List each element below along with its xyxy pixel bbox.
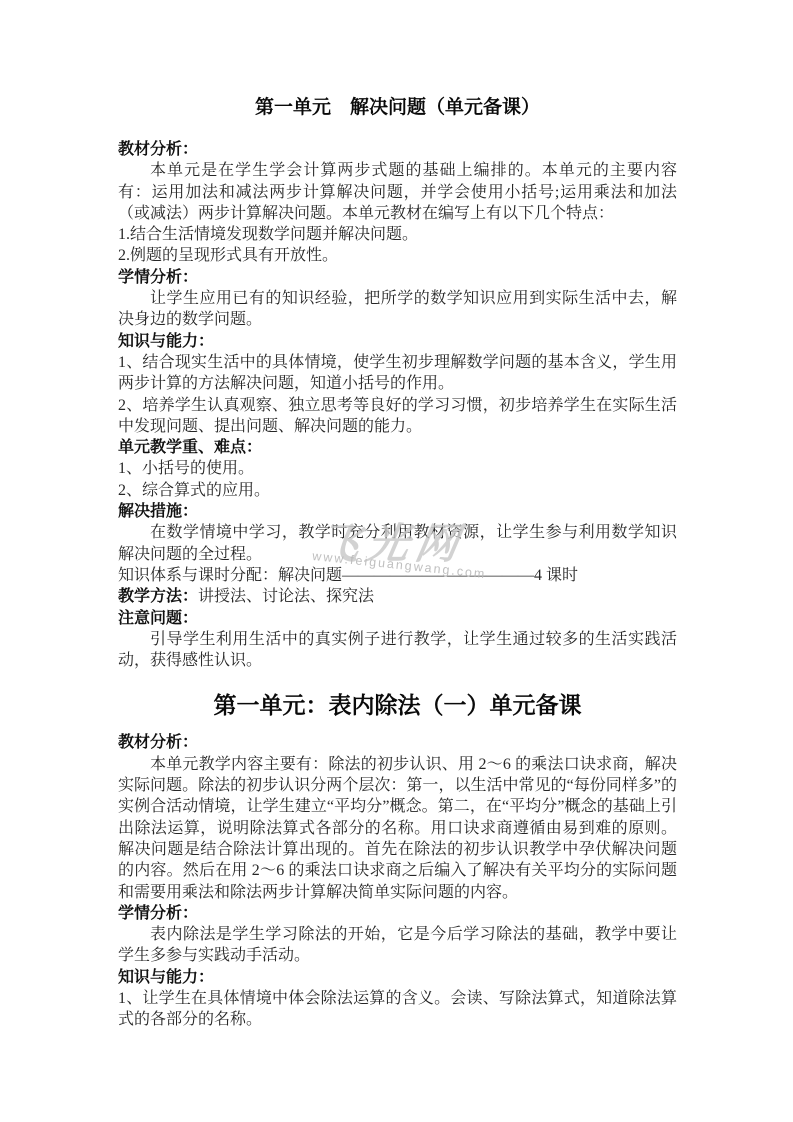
heading-knowledge-ability: 知识与能力： bbox=[118, 331, 677, 352]
unit-2-title: 第一单元：表内除法（一）单元备课 bbox=[118, 691, 677, 721]
teaching-method-line: 教学方法：讲授法、讨论法、探究法 bbox=[118, 586, 677, 607]
paragraph: 在数学情境中学习，教学时充分利用教材资源，让学生参与利用数学知识解决问题的全过程… bbox=[118, 522, 677, 565]
heading-teaching-method: 教学方法： bbox=[118, 588, 198, 605]
list-item: 1、让学生在具体情境中体会除法运算的含义。会读、写除法算式，知道除法算式的各部分… bbox=[118, 988, 677, 1031]
paragraph: 让学生应用已有的知识经验，把所学的数学知识应用到实际生活中去，解决身边的数学问题… bbox=[118, 288, 677, 331]
section-unit-1: 第一单元 解决问题（单元备课） 教材分析： 本单元是在学生学会计算两步式题的基础… bbox=[118, 95, 677, 671]
document-page: 第一单元 解决问题（单元备课） 教材分析： 本单元是在学生学会计算两步式题的基础… bbox=[0, 0, 793, 1122]
heading-attention-issues: 注意问题： bbox=[118, 608, 677, 629]
list-item: 1.结合生活情境发现数学问题并解决问题。 bbox=[118, 224, 677, 245]
heading-learner-analysis: 学情分析： bbox=[118, 903, 677, 924]
list-item: 2、综合算式的应用。 bbox=[118, 480, 677, 501]
heading-textbook-analysis: 教材分析： bbox=[118, 139, 677, 160]
paragraph: 表内除法是学生学习除法的开始，它是今后学习除法的基础，教学中要让学生多参与实践动… bbox=[118, 924, 677, 967]
list-item: 2、培养学生认真观察、独立思考等良好的学习习惯，初步培养学生在实际生活中发现问题… bbox=[118, 395, 677, 438]
heading-textbook-analysis: 教材分析： bbox=[118, 732, 677, 753]
heading-key-difficult-points: 单元教学重、难点： bbox=[118, 437, 677, 458]
list-item: 2.例题的呈现形式具有开放性。 bbox=[118, 245, 677, 266]
lesson-hours-line: 知识体系与课时分配：解决问题————————————4 课时 bbox=[118, 565, 677, 586]
list-item: 1、小括号的使用。 bbox=[118, 458, 677, 479]
teaching-method-value: 讲授法、讨论法、探究法 bbox=[198, 588, 374, 605]
section-unit-2: 第一单元：表内除法（一）单元备课 教材分析： 本单元教学内容主要有：除法的初步认… bbox=[118, 691, 677, 1030]
list-item: 1、结合现实生活中的具体情境，使学生初步理解数学问题的基本含义，学生用两步计算的… bbox=[118, 352, 677, 395]
heading-solutions: 解决措施： bbox=[118, 501, 677, 522]
heading-knowledge-ability: 知识与能力： bbox=[118, 967, 677, 988]
page-content: 第一单元 解决问题（单元备课） 教材分析： 本单元是在学生学会计算两步式题的基础… bbox=[118, 95, 677, 1031]
paragraph: 本单元教学内容主要有：除法的初步认识、用 2～6 的乘法口诀求商，解决实际问题。… bbox=[118, 754, 677, 903]
paragraph: 本单元是在学生学会计算两步式题的基础上编排的。本单元的主要内容有：运用加法和减法… bbox=[118, 160, 677, 224]
heading-learner-analysis: 学情分析： bbox=[118, 267, 677, 288]
unit-1-title: 第一单元 解决问题（单元备课） bbox=[118, 95, 677, 120]
paragraph: 引导学生利用生活中的真实例子进行教学，让学生通过较多的生活实践活动，获得感性认识… bbox=[118, 629, 677, 672]
